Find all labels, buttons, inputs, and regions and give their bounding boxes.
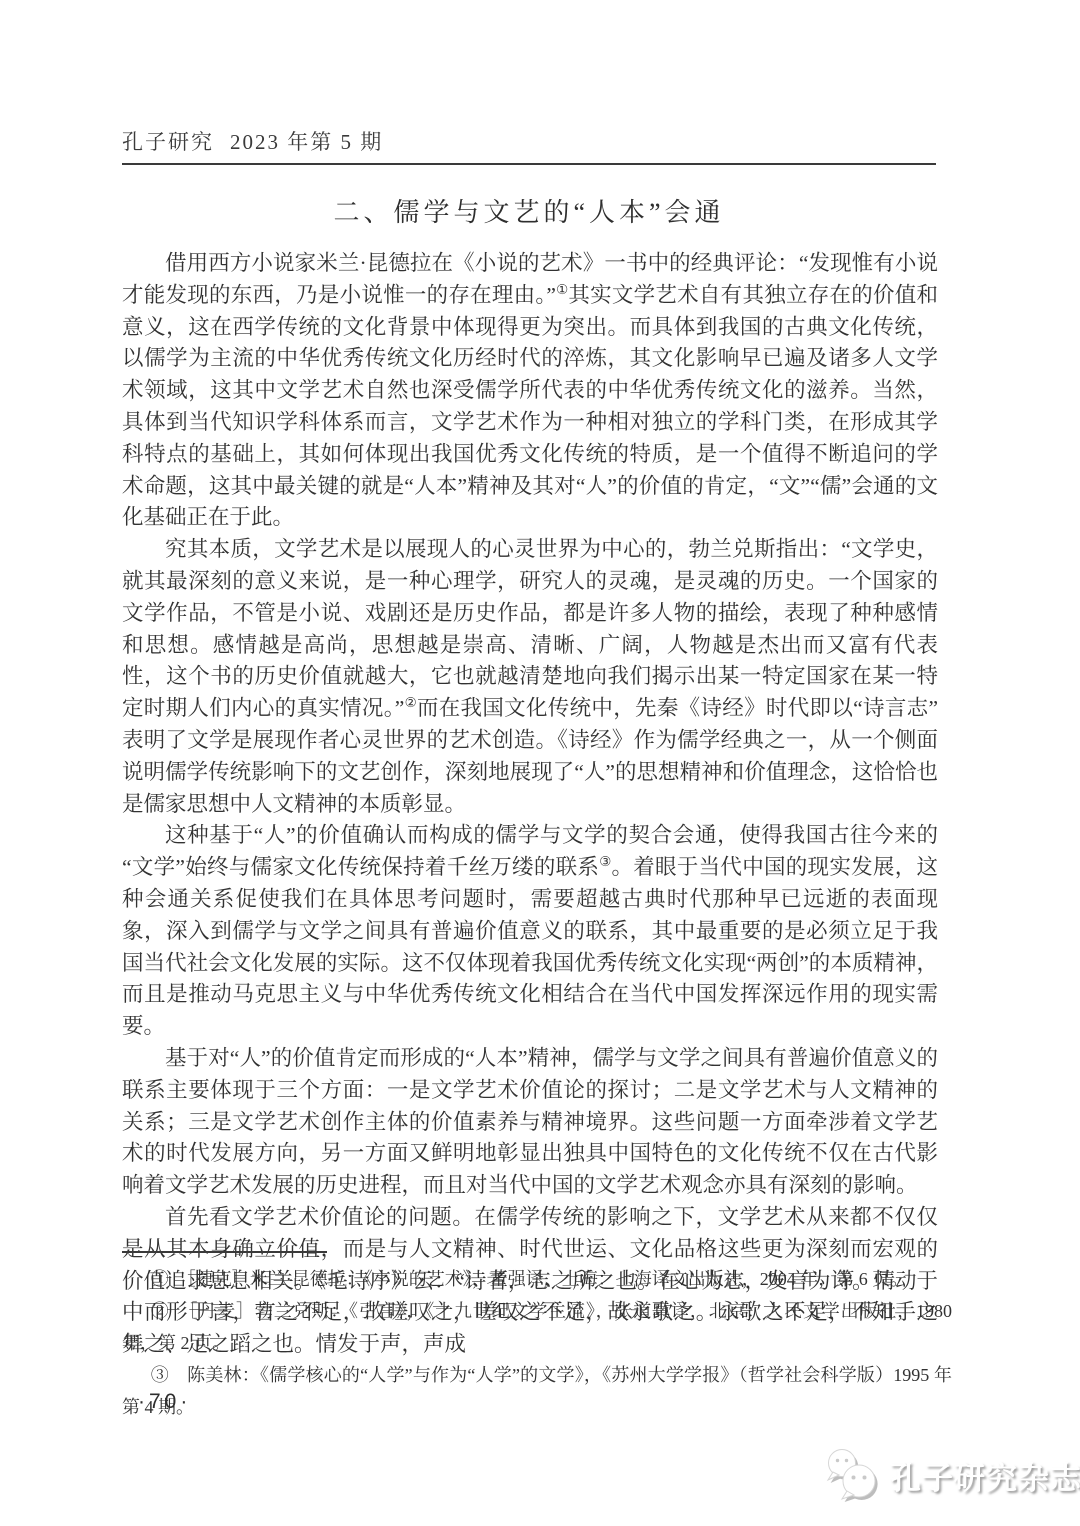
- paragraph-3: 这种基于“人”的价值确认而构成的儒学与文学的契合会通，使得我国古往今来的“文学”…: [122, 820, 938, 1043]
- footnotes-section: ① ［捷克］米兰·昆德拉：《小说的艺术》，董强译，上海：上海译文出版社，2004…: [122, 1263, 952, 1423]
- scanned-journal-page: 孔子研究2023 年第 5 期 二、儒学与文艺的“人本”会通 借用西方小说家米兰…: [0, 0, 1080, 1526]
- footnote-divider: [122, 1251, 327, 1253]
- section-title: 二、儒学与文艺的“人本”会通: [122, 192, 936, 229]
- running-header: 孔子研究2023 年第 5 期: [122, 126, 936, 165]
- paragraph-2: 究其本质，文学艺术是以展现人的心灵世界为中心的，勃兰兑斯指出：“文学史，就其最深…: [122, 534, 938, 820]
- watermark: 孔子研究杂志: [822, 1446, 1080, 1504]
- journal-name: 孔子研究: [122, 130, 214, 154]
- watermark-text: 孔子研究杂志: [890, 1453, 1080, 1498]
- footnote-2: ② ［丹麦］勃兰兑斯：《引言》，《十九世纪文学主流》，张道真译，北京：人民文学出…: [122, 1295, 952, 1359]
- footnote-3: ③ 陈美林：《儒学核心的“人学”与作为“人学”的文学》，《苏州大学学报》（哲学社…: [122, 1359, 952, 1423]
- paragraph-4: 基于对“人”的价值肯定而形成的“人本”精神，儒学与文学之间具有普遍价值意义的联系…: [122, 1043, 938, 1202]
- wechat-chat-bubbles-icon: [822, 1446, 884, 1504]
- page-number: ·70·: [138, 1390, 191, 1414]
- footnote-1: ① ［捷克］米兰·昆德拉：《小说的艺术》，董强译，上海：上海译文出版社，2004…: [122, 1263, 952, 1295]
- issue-label: 2023 年第 5 期: [230, 130, 383, 154]
- paragraph-1: 借用西方小说家米兰·昆德拉在《小说的艺术》一书中的经典评论：“发现惟有小说才能发…: [122, 248, 938, 534]
- article-body: 借用西方小说家米兰·昆德拉在《小说的艺术》一书中的经典评论：“发现惟有小说才能发…: [122, 248, 938, 1361]
